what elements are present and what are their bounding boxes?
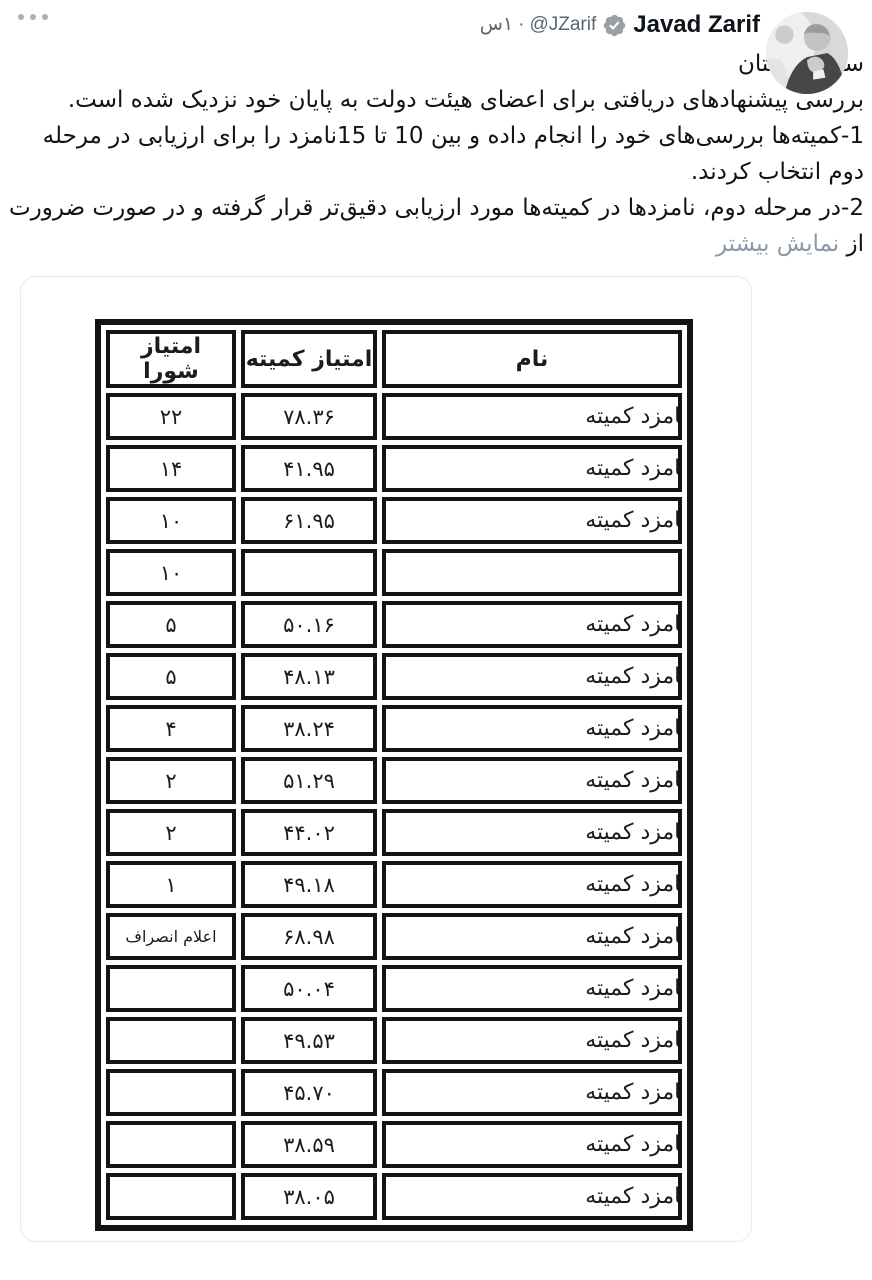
table-row: نامزد کمیته۳۸.۰۵ bbox=[106, 1173, 682, 1220]
council-score-cell bbox=[106, 1173, 236, 1220]
ellipsis-icon bbox=[42, 14, 48, 20]
image-attachment-card[interactable]: نام امتیاز کمیته امتیاز شورا نامزد کمیته… bbox=[20, 276, 752, 1242]
candidate-name: نامزد کمیته bbox=[585, 508, 678, 533]
council-score-cell: ۲ bbox=[106, 757, 236, 804]
name-cell: نامزد کمیته bbox=[382, 1017, 682, 1064]
name-cell: نامزد کمیته bbox=[382, 1173, 682, 1220]
committee-score-cell: ۶۱.۹۵ bbox=[241, 497, 377, 544]
author-name[interactable]: Javad Zarif bbox=[633, 10, 760, 40]
candidate-name: نامزد کمیته bbox=[585, 924, 678, 949]
name-cell: نامزد کمیته bbox=[382, 757, 682, 804]
tweet-paragraph-intro: بررسی پیشنهادهای دریافتی برای اعضای هیئت… bbox=[8, 82, 864, 118]
table-row: نامزد کمیته۴۵.۷۰ bbox=[106, 1069, 682, 1116]
committee-score-cell: ۶۸.۹۸ bbox=[241, 913, 377, 960]
name-cell: نامزد کمیته bbox=[382, 965, 682, 1012]
committee-score-cell: ۷۸.۳۶ bbox=[241, 393, 377, 440]
header-name: نام bbox=[382, 330, 682, 388]
table-row: نامزد کمیته۳۸.۲۴۴ bbox=[106, 705, 682, 752]
name-cell: نامزد کمیته bbox=[382, 445, 682, 492]
candidate-name: نامزد کمیته bbox=[585, 976, 678, 1001]
table-row: ۱۰ bbox=[106, 549, 682, 596]
name-cell: نامزد کمیته bbox=[382, 601, 682, 648]
header-council-score: امتیاز شورا bbox=[106, 330, 236, 388]
name-cell: نامزد کمیته bbox=[382, 861, 682, 908]
council-score-cell bbox=[106, 1017, 236, 1064]
table-row: نامزد کمیته۵۰.۱۶۵ bbox=[106, 601, 682, 648]
timestamp[interactable]: ۱س bbox=[480, 10, 513, 40]
committee-score-cell bbox=[241, 549, 377, 596]
more-options-button[interactable] bbox=[14, 10, 52, 24]
table-row: نامزد کمیته۴۸.۱۳۵ bbox=[106, 653, 682, 700]
tweet: Javad Zarif @JZarif · ۱س سلام دوستان برر… bbox=[0, 0, 872, 1242]
committee-score-cell: ۳۸.۰۵ bbox=[241, 1173, 377, 1220]
score-table-body: نامزد کمیته۷۸.۳۶۲۲نامزد کمیته۴۱.۹۵۱۴نامز… bbox=[106, 393, 682, 1220]
table-row: نامزد کمیته۴۱.۹۵۱۴ bbox=[106, 445, 682, 492]
candidate-name: نامزد کمیته bbox=[585, 664, 678, 689]
candidate-name: نامزد کمیته bbox=[585, 768, 678, 793]
committee-score-cell: ۵۰.۰۴ bbox=[241, 965, 377, 1012]
table-header-row: نام امتیاز کمیته امتیاز شورا bbox=[106, 330, 682, 388]
candidate-name: نامزد کمیته bbox=[585, 612, 678, 637]
name-cell: نامزد کمیته bbox=[382, 1069, 682, 1116]
committee-score-cell: ۳۸.۲۴ bbox=[241, 705, 377, 752]
name-cell: نامزد کمیته bbox=[382, 653, 682, 700]
table-row: نامزد کمیته۷۸.۳۶۲۲ bbox=[106, 393, 682, 440]
committee-score-cell: ۵۰.۱۶ bbox=[241, 601, 377, 648]
score-table: نام امتیاز کمیته امتیاز شورا نامزد کمیته… bbox=[95, 319, 693, 1231]
tweet-paragraph-item1: 1-کمیته‌ها بررسی‌های خود را انجام داده و… bbox=[8, 118, 864, 190]
candidate-name: نامزد کمیته bbox=[585, 1028, 678, 1053]
candidate-name: نامزد کمیته bbox=[585, 1080, 678, 1105]
portrait-photo-icon bbox=[766, 12, 848, 94]
name-cell: نامزد کمیته bbox=[382, 705, 682, 752]
council-score-cell: ۱ bbox=[106, 861, 236, 908]
committee-score-cell: ۴۹.۱۸ bbox=[241, 861, 377, 908]
council-score-cell bbox=[106, 1069, 236, 1116]
council-score-cell: ۲۲ bbox=[106, 393, 236, 440]
author-handle[interactable]: @JZarif bbox=[529, 10, 596, 40]
name-cell bbox=[382, 549, 682, 596]
committee-score-cell: ۴۵.۷۰ bbox=[241, 1069, 377, 1116]
name-cell: نامزد کمیته bbox=[382, 809, 682, 856]
separator-dot: · bbox=[518, 10, 524, 40]
committee-score-cell: ۴۹.۵۳ bbox=[241, 1017, 377, 1064]
council-score-cell: ۲ bbox=[106, 809, 236, 856]
candidate-name: نامزد کمیته bbox=[585, 404, 678, 429]
tweet-paragraph-item2: 2-در مرحله دوم، نامزدها در کمیته‌ها مورد… bbox=[8, 190, 864, 262]
table-row: نامزد کمیته۳۸.۵۹ bbox=[106, 1121, 682, 1168]
candidate-name: نامزد کمیته bbox=[585, 456, 678, 481]
table-row: نامزد کمیته۴۹.۱۸۱ bbox=[106, 861, 682, 908]
council-score-cell: ۱۰ bbox=[106, 549, 236, 596]
verified-badge-icon bbox=[602, 13, 627, 38]
name-cell: نامزد کمیته bbox=[382, 1121, 682, 1168]
candidate-name: نامزد کمیته bbox=[585, 872, 678, 897]
avatar[interactable] bbox=[766, 12, 848, 94]
header-committee-score: امتیاز کمیته bbox=[241, 330, 377, 388]
committee-score-cell: ۴۱.۹۵ bbox=[241, 445, 377, 492]
council-score-cell bbox=[106, 1121, 236, 1168]
council-score-cell: اعلام انصراف bbox=[106, 913, 236, 960]
table-row: نامزد کمیته۴۴.۰۲۲ bbox=[106, 809, 682, 856]
ellipsis-icon bbox=[30, 14, 36, 20]
tweet-text: سلام دوستان بررسی پیشنهادهای دریافتی برا… bbox=[8, 40, 864, 262]
candidate-name: نامزد کمیته bbox=[585, 1132, 678, 1157]
table-row: نامزد کمیته۶۱.۹۵۱۰ bbox=[106, 497, 682, 544]
candidate-name: نامزد کمیته bbox=[585, 820, 678, 845]
table-row: نامزد کمیته۴۹.۵۳ bbox=[106, 1017, 682, 1064]
tweet-paragraph-greeting: سلام دوستان bbox=[8, 46, 864, 82]
council-score-cell: ۱۴ bbox=[106, 445, 236, 492]
show-more-link[interactable]: نمایش بیشتر bbox=[716, 231, 839, 257]
committee-score-cell: ۳۸.۵۹ bbox=[241, 1121, 377, 1168]
table-row: نامزد کمیته۵۰.۰۴ bbox=[106, 965, 682, 1012]
name-cell: نامزد کمیته bbox=[382, 913, 682, 960]
committee-score-cell: ۴۴.۰۲ bbox=[241, 809, 377, 856]
council-score-cell: ۵ bbox=[106, 601, 236, 648]
committee-score-cell: ۵۱.۲۹ bbox=[241, 757, 377, 804]
council-score-cell: ۱۰ bbox=[106, 497, 236, 544]
committee-score-cell: ۴۸.۱۳ bbox=[241, 653, 377, 700]
table-row: نامزد کمیته۶۸.۹۸اعلام انصراف bbox=[106, 913, 682, 960]
name-cell: نامزد کمیته bbox=[382, 393, 682, 440]
candidate-name: نامزد کمیته bbox=[585, 1184, 678, 1209]
name-cell: نامزد کمیته bbox=[382, 497, 682, 544]
council-score-cell: ۴ bbox=[106, 705, 236, 752]
table-row: نامزد کمیته۵۱.۲۹۲ bbox=[106, 757, 682, 804]
council-score-cell: ۵ bbox=[106, 653, 236, 700]
candidate-name: نامزد کمیته bbox=[585, 716, 678, 741]
ellipsis-icon bbox=[18, 14, 24, 20]
author-line: Javad Zarif @JZarif · ۱س bbox=[8, 0, 864, 40]
council-score-cell bbox=[106, 965, 236, 1012]
